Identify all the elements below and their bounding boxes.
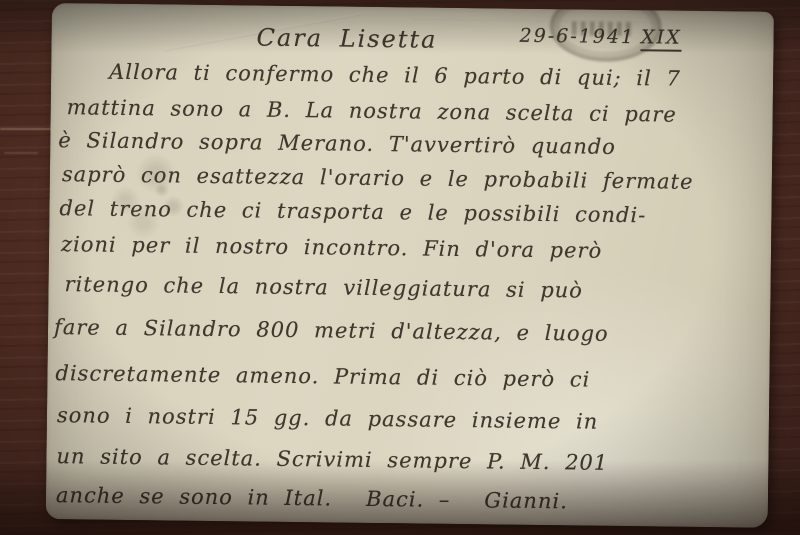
signature: Gianni. <box>484 488 568 513</box>
handwriting-line: ritengo che la nostra villeggiatura si p… <box>64 272 583 302</box>
closing-line: anche se sono in Ital. Baci. – Gianni. <box>56 483 568 513</box>
closing-text: anche se sono in Ital. <box>56 483 332 510</box>
handwriting-line: sono i nostri 15 gg. da passare insieme … <box>57 403 599 434</box>
date-text: 29-6-1941 <box>520 25 636 48</box>
handwriting-line: zioni per il nostro incontro. Fin d'ora … <box>61 232 602 263</box>
postcard: 29-6-1941XIX Cara Lisetta Allora ti conf… <box>46 3 774 528</box>
date-line: 29-6-1941XIX <box>520 25 682 49</box>
handwriting-line: discretamente ameno. Prima di ciò però c… <box>55 361 590 392</box>
handwriting-line: mattina sono a B. La nostra zona scelta … <box>67 95 677 126</box>
salutation: Cara Lisetta <box>256 24 437 54</box>
handwriting-line: fare a Silandro 800 metri d'altezza, e l… <box>54 315 609 346</box>
wood-scratch <box>0 128 58 130</box>
handwriting-line: un sito a scelta. Scrivimi sempre P. M. … <box>56 444 608 475</box>
photo-of-postcard: { "postcard": { "date": { "main": "29-6-… <box>0 0 800 535</box>
handwriting-line: Allora ti confermo che il 6 parto di qui… <box>109 60 681 91</box>
wood-scratch <box>4 152 38 154</box>
date-era: XIX <box>641 26 682 51</box>
farewell-text: Baci. – <box>366 487 451 512</box>
